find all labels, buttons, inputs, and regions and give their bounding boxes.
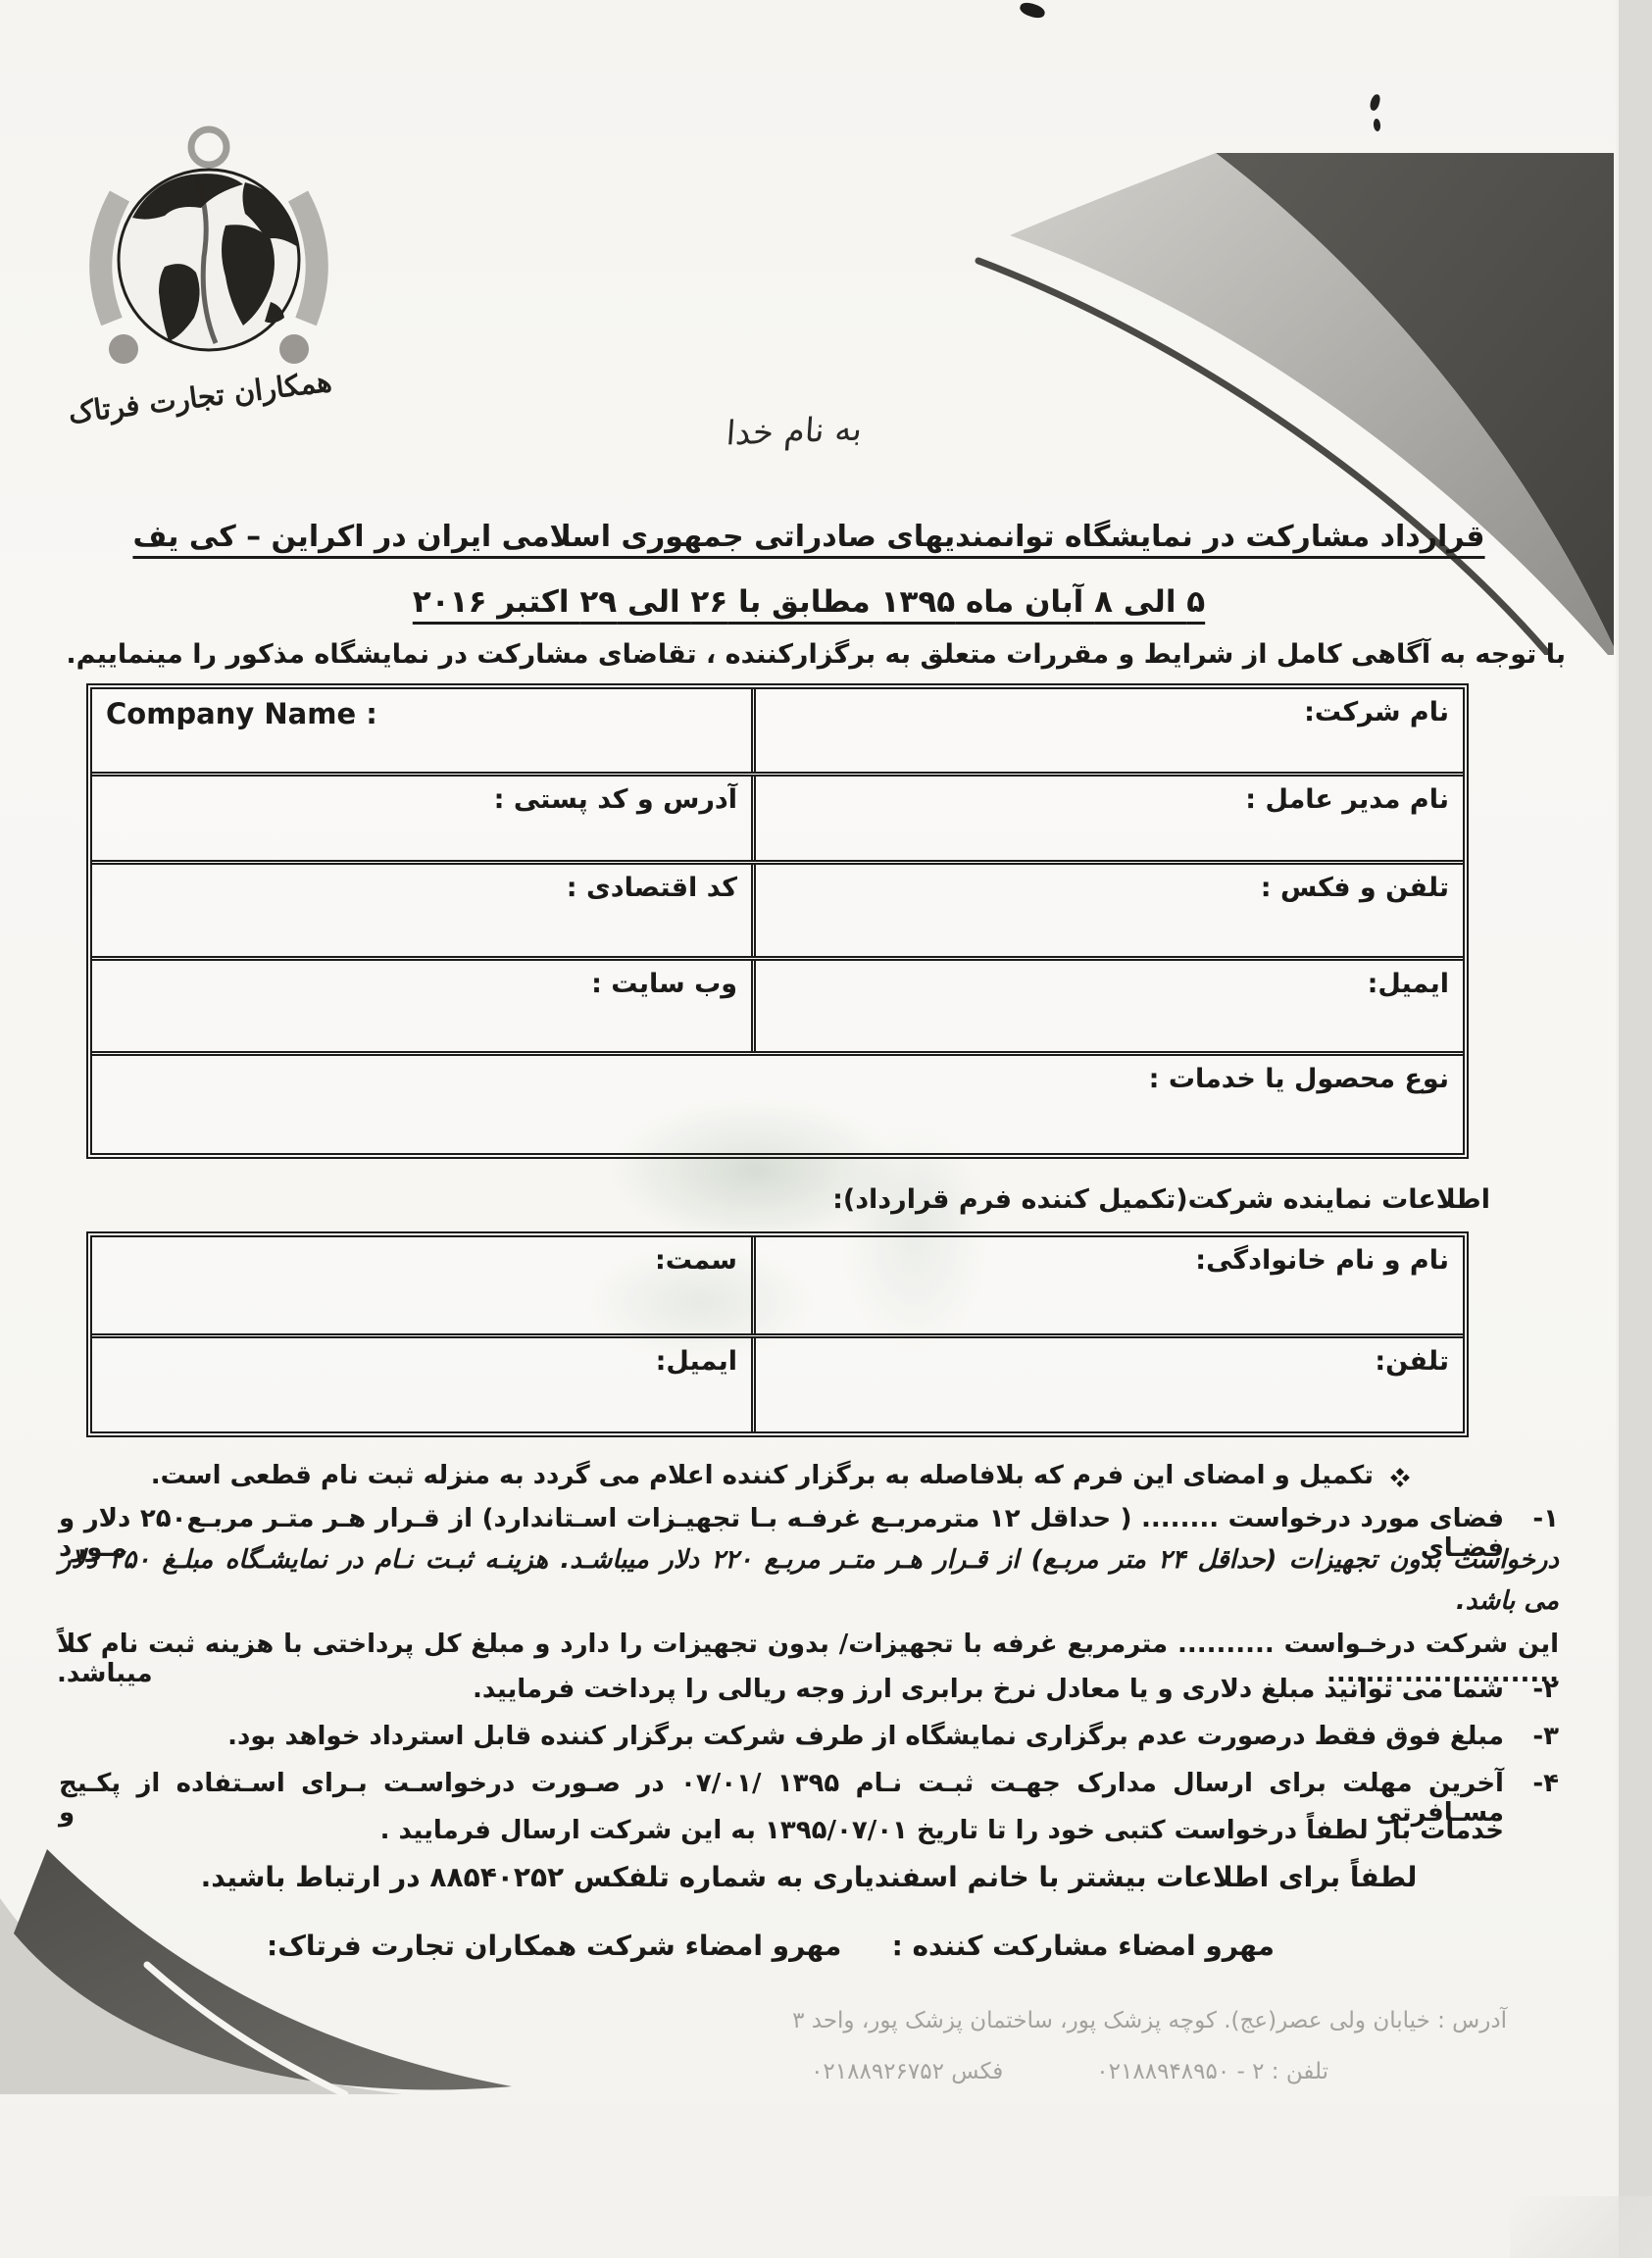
organizer-signature-label: مهرو امضاء شرکت همکاران تجارت فرتاک: xyxy=(267,1930,841,1962)
contract-dates: ۵ الی ۸ آبان ماه ۱۳۹۵ مطابق با ۲۶ الی ۲۹… xyxy=(0,584,1618,620)
footer-phones: تلفن : ۲ - ۰۲۱۸۸۹۴۸۹۵۰ فکس ۰۲۱۸۸۹۲۶۷۵۲ xyxy=(811,2059,1328,2084)
term-item-3: ۳- مبلغ فوق فقط درصورت عدم برگزاری نمایش… xyxy=(59,1722,1559,1751)
term-item-4-line-2: خدمات بار لطفاً درخواست کتبی خود را تا ت… xyxy=(59,1816,1504,1845)
company-name-label-en: Company Name : xyxy=(92,689,751,772)
product-type-label: نوع محصول یا خدمات : xyxy=(92,1056,1463,1153)
representative-section-heading: اطلاعات نماینده شرکت(تکمیل کننده فرم قرا… xyxy=(832,1184,1490,1215)
table-row: نام مدیر عامل : آدرس و کد پستی : xyxy=(92,772,1463,860)
ink-speck-icon xyxy=(1369,93,1380,111)
term-item-1-line-2: درخواست بدون تجهیزات (حداقل ۲۴ متر مربـع… xyxy=(59,1545,1559,1575)
participant-signature-label: مهرو امضاء مشارکت کننده : xyxy=(892,1930,1275,1962)
position-label: سمت: xyxy=(92,1237,751,1333)
address-postal-label: آدرس و کد پستی : xyxy=(92,777,751,860)
diamond-bullet-icon xyxy=(1390,1468,1410,1487)
company-logo-globe-icon xyxy=(78,120,338,379)
ink-speck-icon xyxy=(1019,0,1047,20)
full-name-label: نام و نام خانوادگی: xyxy=(751,1237,1463,1333)
footer-phone: تلفن : ۲ - ۰۲۱۸۸۹۴۸۹۵۰ xyxy=(1096,2059,1328,2084)
scan-edge-strip xyxy=(1616,0,1652,2258)
company-name-label-fa: نام شرکت: xyxy=(751,689,1463,772)
contact-info-line: لطفاً برای اطلاعات بیشتر با خانم اسفندیا… xyxy=(0,1861,1618,1893)
registration-note: تکمیل و امضای این فرم که بلافاصله به برگ… xyxy=(151,1461,1407,1490)
contract-title: قرارداد مشارکت در نمایشگاه توانمندیهای ص… xyxy=(0,520,1618,554)
website-label: وب سایت : xyxy=(92,961,751,1051)
table-row: نام شرکت: Company Name : xyxy=(92,689,1463,772)
table-row: نام و نام خانوادگی: سمت: xyxy=(92,1237,1463,1333)
scan-corner-shade xyxy=(1510,2196,1652,2258)
economic-code-label: کد اقتصادی : xyxy=(92,865,751,956)
rep-phone-label: تلفن: xyxy=(751,1338,1463,1431)
table-row: ایمیل: وب سایت : xyxy=(92,956,1463,1051)
phone-fax-label: تلفن و فکس : xyxy=(751,865,1463,956)
corner-swoosh-top-icon xyxy=(863,145,1614,655)
representative-info-table: نام و نام خانوادگی: سمت: تلفن: ایمیل: xyxy=(86,1231,1469,1437)
ink-speck-icon xyxy=(1373,119,1380,132)
footer-address: آدرس : خیابان ولی عصر(عج). کوچه پزشک پور… xyxy=(792,2008,1507,2033)
scanned-contract-page: همکاران تجارت فرتاک به نام خدا قرارداد م… xyxy=(0,0,1652,2258)
email-label: ایمیل: xyxy=(751,961,1463,1051)
term-item-2: ۲- شما می توانید مبلغ دلاری و یا معادل ن… xyxy=(59,1675,1559,1704)
footer-fax: فکس ۰۲۱۸۸۹۲۶۷۵۲ xyxy=(811,2059,1003,2084)
rep-email-label: ایمیل: xyxy=(92,1338,751,1431)
table-row: نوع محصول یا خدمات : xyxy=(92,1051,1463,1153)
company-info-table: نام شرکت: Company Name : نام مدیر عامل :… xyxy=(86,683,1469,1159)
intro-line: با توجه به آگاهی کامل از شرایط و مقررات … xyxy=(66,639,1566,670)
table-row: تلفن و فکس : کد اقتصادی : xyxy=(92,860,1463,956)
ceo-name-label: نام مدیر عامل : xyxy=(751,777,1463,860)
table-row: تلفن: ایمیل: xyxy=(92,1333,1463,1431)
term-item-1-line-3: می باشد. xyxy=(59,1586,1559,1616)
